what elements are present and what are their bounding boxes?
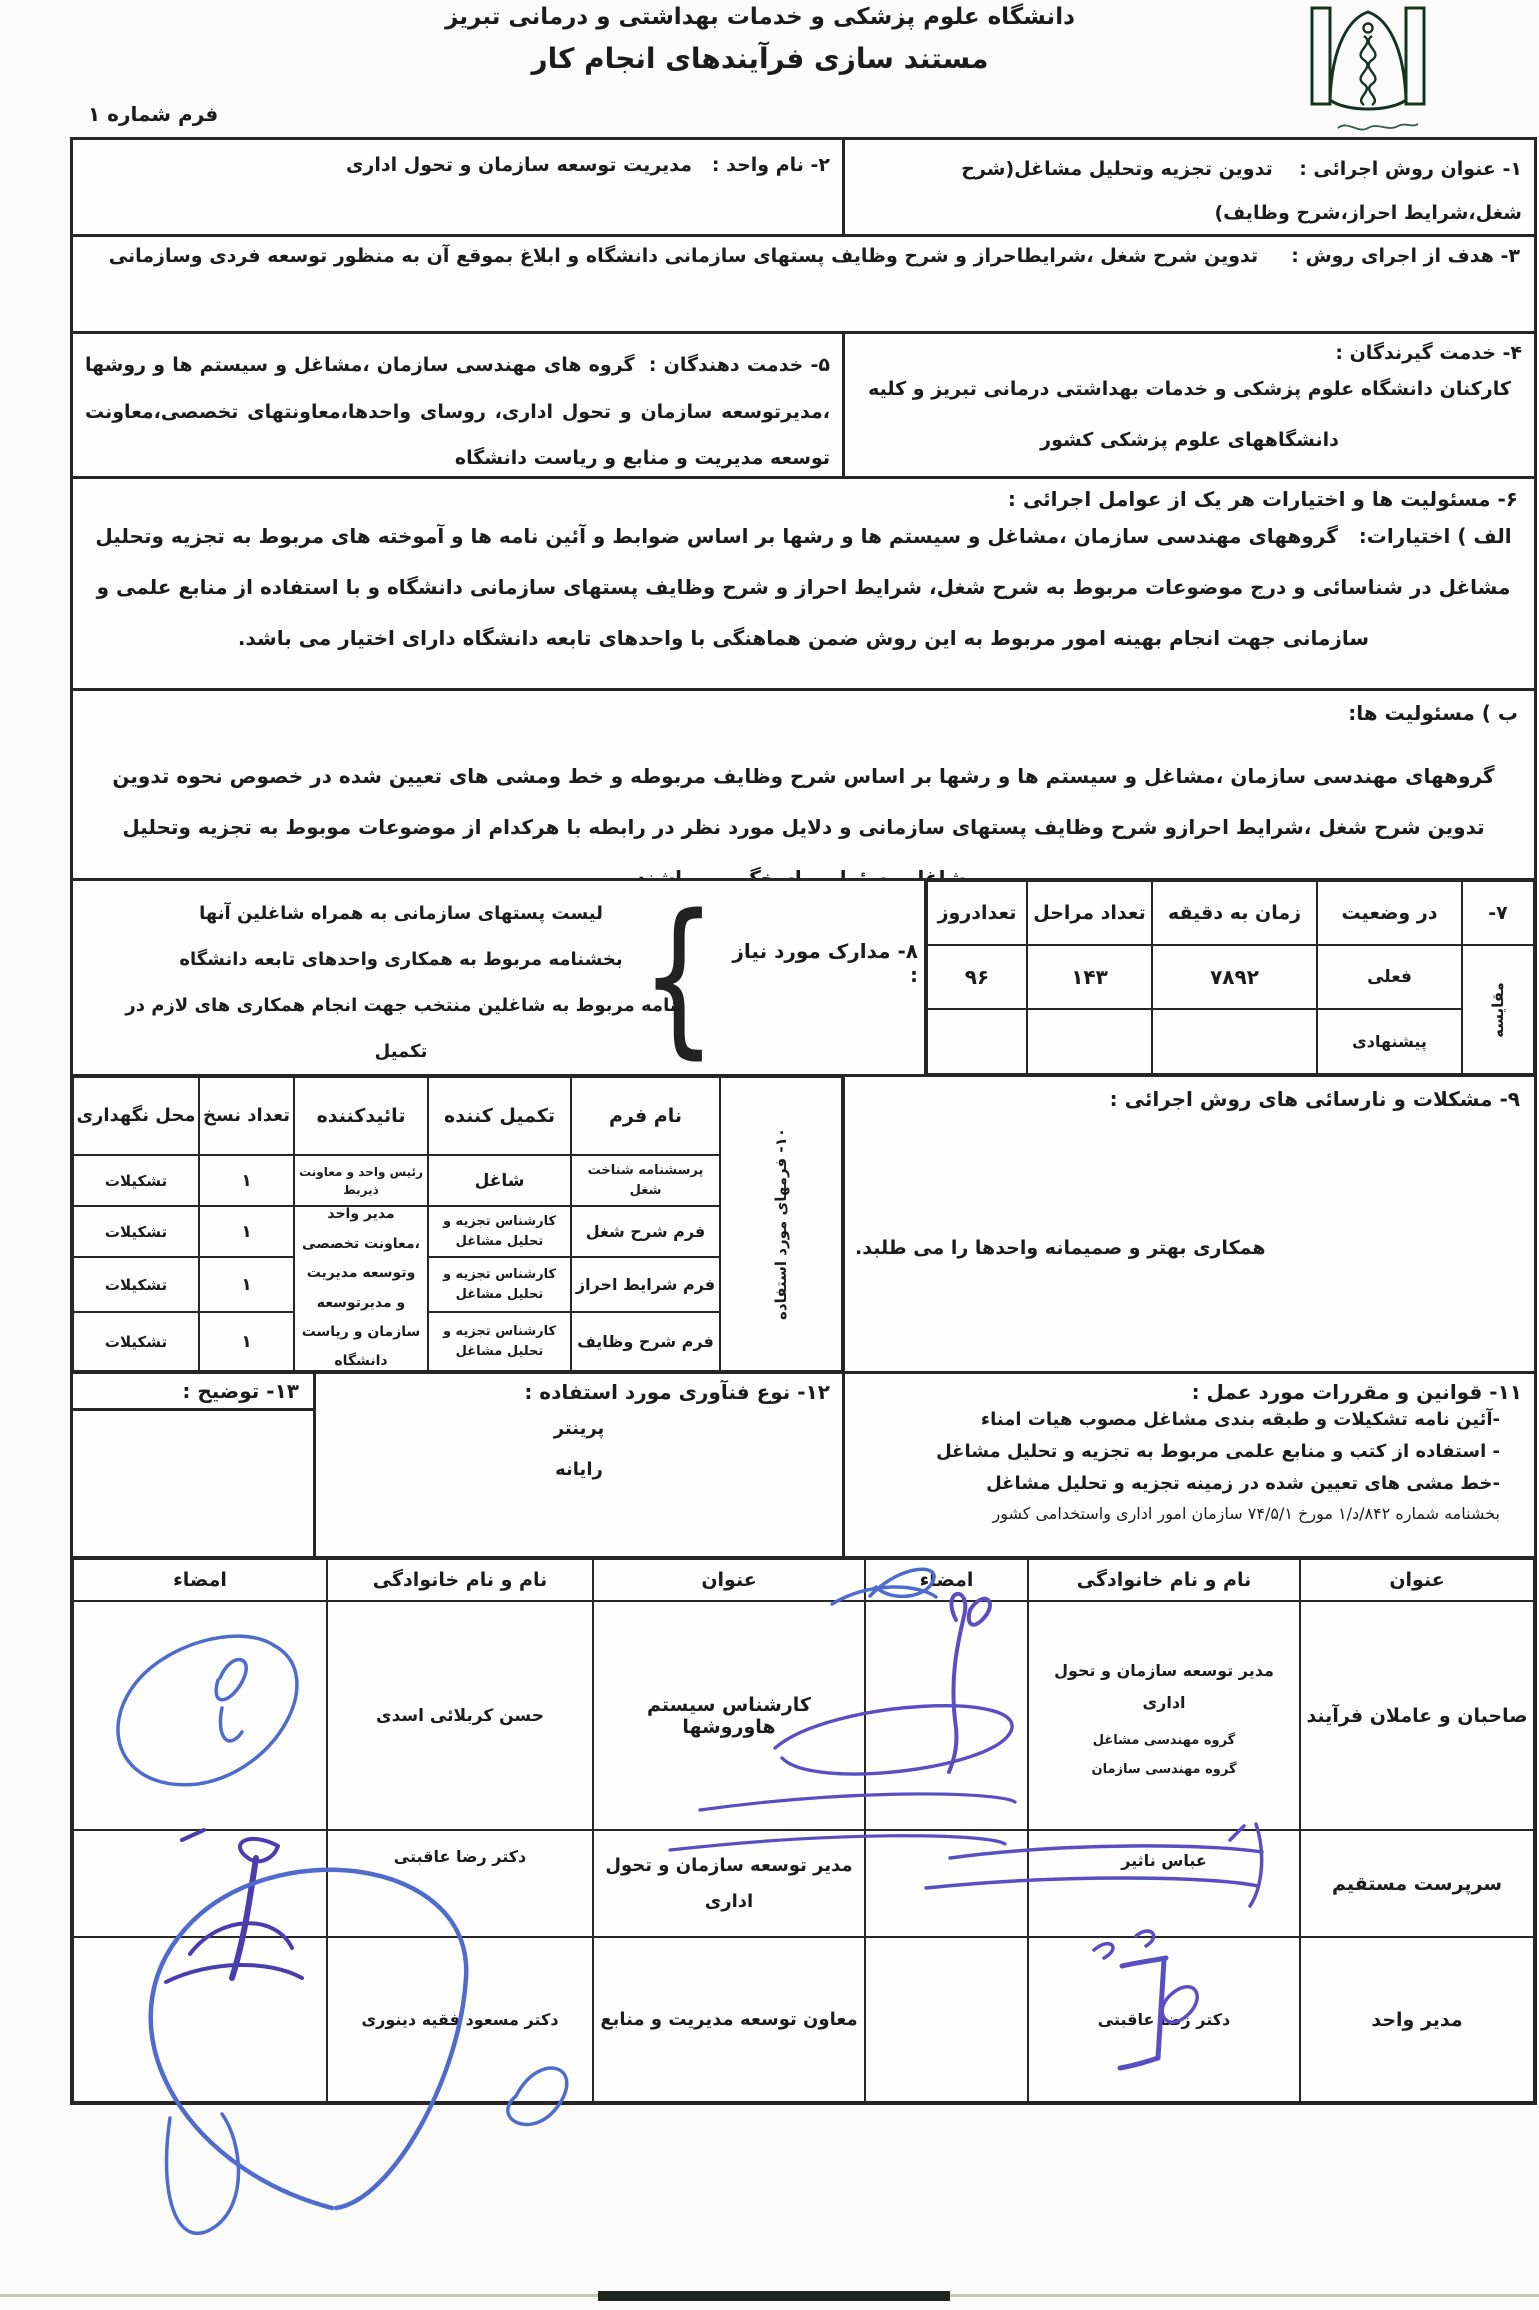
copies-cell: ۱: [199, 1257, 294, 1312]
field-problems: ۹- مشکلات و نارسائی های روش اجرائی : همک…: [842, 1077, 1534, 1371]
goal-value: تدوین شرح شغل ،شرایطاحراز و شرح وظایف پس…: [109, 245, 1258, 267]
field-unit-name: ۲- نام واحد : مدیریت توسعه سازمان و تحول…: [73, 140, 842, 234]
duties-label: ب ) مسئولیت ها:: [89, 701, 1518, 725]
person-subname: گروه مهندسی سازمان: [1092, 1762, 1237, 1777]
col-header-title: عنوان: [593, 1559, 865, 1601]
row-current-label: فعلی: [1317, 945, 1462, 1009]
signature-cell: [73, 1937, 327, 2102]
col-header-storage: محل نگهداری: [73, 1077, 199, 1155]
comparison-number: ۷-: [1462, 881, 1534, 945]
procedure-title-label: ۱- عنوان روش اجرائی :: [1299, 158, 1522, 180]
proposed-days-value: [927, 1009, 1027, 1074]
copies-cell: ۱: [199, 1312, 294, 1371]
approver-merged-cell: مدیر واحد ،معاونت تخصصی وتوسعه مدیریت و …: [294, 1206, 428, 1371]
signature-cell: [865, 1937, 1028, 2102]
forms-side-label: ۱۰- فرمهای مورد استفاده: [720, 1077, 842, 1371]
storage-cell: تشکیلات: [73, 1206, 199, 1257]
col-header-time: زمان به دقیقه: [1152, 881, 1317, 945]
field-notes: ۱۳- توضیح :: [73, 1374, 313, 1556]
field-technology: ۱۲- نوع فنآوری مورد استفاده : پرینتر رای…: [313, 1374, 842, 1556]
authorities-text: گروههای مهندسی سازمان ،مشاغل و سیستم ها …: [95, 524, 1510, 650]
role-title-cell: مدیر توسعه سازمان و تحول اداری: [593, 1830, 865, 1937]
signatures-table: عنوان نام و نام خانوادگی امضاء عنوان نام…: [70, 1556, 1537, 2105]
col-header-signature: امضاء: [865, 1559, 1028, 1601]
col-header-status: در وضعیت: [1317, 881, 1462, 945]
role-title-cell: صاحبان و عاملان فرآیند: [1300, 1601, 1534, 1830]
current-days-value: ۹۶: [927, 945, 1027, 1009]
document-item: نامه مربوط به شاغلین منتخب جهت انجام همک…: [118, 983, 684, 1075]
current-time-value: ۷۸۹۲: [1152, 945, 1317, 1009]
organization-title: دانشگاه علوم پزشکی و خدمات بهداشتی و درم…: [330, 4, 1190, 30]
col-header-copies: تعداد نسخ: [199, 1077, 294, 1155]
col-header-name: نام و نام خانوادگی: [1028, 1559, 1300, 1601]
comparison-side-text: مقایسه: [1489, 982, 1507, 1038]
forms-table: ۱۰- فرمهای مورد استفاده نام فرم تکمیل کن…: [73, 1077, 842, 1371]
row-comparison-documents: ۷- مقایسه در وضعیت زمان به دقیقه تعداد م…: [70, 878, 1537, 1077]
proposed-steps-value: [1027, 1009, 1152, 1074]
person-name-cell: حسن کربلائی اسدی: [327, 1601, 593, 1830]
form-name-cell: فرم شرایط احراز: [571, 1257, 720, 1312]
form-name-cell: فرم شرح شغل: [571, 1206, 720, 1257]
form-number: فرم شماره ۱: [88, 102, 218, 126]
signature-cell: [865, 1601, 1028, 1830]
forms-side-text: ۱۰- فرمهای مورد استفاده: [772, 1128, 790, 1320]
role-title-cell: مدیر واحد: [1300, 1937, 1534, 2102]
problems-value: همکاری بهتر و صمیمانه واحدها را می طلبد.: [855, 1237, 1266, 1259]
goal-label: ۳- هدف از اجرای روش :: [1291, 245, 1520, 267]
role-title-cell: سرپرست مستقیم: [1300, 1830, 1534, 1937]
comparison-table: ۷- مقایسه در وضعیت زمان به دقیقه تعداد م…: [924, 881, 1534, 1074]
person-name-cell: دکتر زضا عاقبتی: [1028, 1937, 1300, 2102]
authorities-paragraph: الف ) اختیارات: گروههای مهندسی سازمان ،م…: [89, 511, 1518, 664]
row-title-unit: ۱- عنوان روش اجرائی : تدوین تجزیه وتحلیل…: [70, 137, 1537, 237]
form-name-cell: پرسشنامه شناخت شغل: [571, 1155, 720, 1206]
approver-cell: رئیس واحد و معاونت ذیربط: [294, 1155, 428, 1206]
unit-name-value: مدیریت توسعه سازمان و تحول اداری: [346, 154, 692, 176]
col-header-name: نام و نام خانوادگی: [327, 1559, 593, 1601]
copies-cell: ۱: [199, 1206, 294, 1257]
field-rules: ۱۱- قوانین و مقررات مورد عمل : -آئین نام…: [842, 1374, 1534, 1556]
col-header-form-name: نام فرم: [571, 1077, 720, 1155]
form-name-cell: فرم شرح وظایف: [571, 1312, 720, 1371]
filler-cell: کارشناس تجزیه و تحلیل مشاغل: [428, 1206, 571, 1257]
filler-cell: کارشناس تجزیه و تحلیل مشاغل: [428, 1257, 571, 1312]
row-proposed-label: پیشنهادی: [1317, 1009, 1462, 1074]
unit-name-label: ۲- نام واحد :: [712, 154, 830, 176]
filler-cell: شاغل: [428, 1155, 571, 1206]
authorities-label: الف ) اختیارات:: [1359, 524, 1512, 548]
proposed-time-value: [1152, 1009, 1317, 1074]
person-name-cell: دکتر مسعود فقیه دینوری: [327, 1937, 593, 2102]
technology-label: ۱۲- نوع فنآوری مورد استفاده :: [328, 1380, 830, 1404]
problems-label: ۹- مشکلات و نارسائی های روش اجرائی :: [859, 1087, 1520, 1111]
technology-item: رایانه: [328, 1449, 830, 1490]
page-title: مستند سازی فرآیندهای انجام کار: [330, 42, 1190, 75]
storage-cell: تشکیلات: [73, 1155, 199, 1206]
rule-item: -آئین نامه تشکیلات و طبقه بندی مشاغل مصو…: [857, 1404, 1500, 1436]
col-header-filler: تکمیل کننده: [428, 1077, 571, 1155]
field-procedure-title: ۱- عنوان روش اجرائی : تدوین تجزیه وتحلیل…: [842, 140, 1534, 234]
storage-cell: تشکیلات: [73, 1312, 199, 1371]
field-duties: ب ) مسئولیت ها: گروههای مهندسی سازمان ،م…: [70, 688, 1537, 881]
field-goal: ۳- هدف از اجرای روش : تدوین شرح شغل ،شرا…: [70, 234, 1537, 334]
scanned-form-page: دانشگاه علوم پزشکی و خدمات بهداشتی و درم…: [0, 0, 1539, 2310]
row-rules-technology-notes: ۱۱- قوانین و مقررات مورد عمل : -آئین نام…: [70, 1371, 1537, 1559]
responsibilities-label: ۶- مسئولیت ها و اختیارات هر یک از عوامل …: [89, 487, 1518, 511]
technology-item: پرینتر: [328, 1408, 830, 1449]
filler-cell: کارشناس تجزیه و تحلیل مشاغل: [428, 1312, 571, 1371]
role-title-cell: معاون توسعه مدیریت و منابع: [593, 1937, 865, 2102]
person-name: مدیر توسعه سازمان و تحول اداری: [1033, 1655, 1295, 1719]
person-name-cell: دکتر رضا عاقبتی: [327, 1830, 593, 1937]
signature-cell: [865, 1830, 1028, 1937]
rules-label: ۱۱- قوانین و مقررات مورد عمل :: [857, 1380, 1522, 1404]
copies-cell: ۱: [199, 1155, 294, 1206]
documents-label: ۸- مدارک مورد نیاز :: [728, 939, 918, 987]
scan-edge-dark-segment: [598, 2291, 950, 2301]
role-title-cell: کارشناس سیستم هاوروشها: [593, 1601, 865, 1830]
receivers-label: ۴- خدمت گیرندگان :: [857, 342, 1522, 364]
field-service-receivers: ۴- خدمت گیرندگان : کارکنان دانشگاه علوم …: [842, 334, 1534, 476]
providers-label: ۵- خدمت دهندگان :: [649, 354, 830, 376]
current-steps-value: ۱۴۳: [1027, 945, 1152, 1009]
signature-cell: [73, 1830, 327, 1937]
col-header-signature: امضاء: [73, 1559, 327, 1601]
comparison-side-label: مقایسه: [1462, 945, 1534, 1074]
signature-cell: [73, 1601, 327, 1830]
person-subname: گروه مهندسی مشاغل: [1093, 1733, 1235, 1748]
col-header-title: عنوان: [1300, 1559, 1534, 1601]
col-header-steps: تعداد مراحل: [1027, 881, 1152, 945]
row-receivers-providers: ۴- خدمت گیرندگان : کارکنان دانشگاه علوم …: [70, 331, 1537, 479]
rule-item: - استفاده از کتب و منابع علمی مربوط به ت…: [857, 1436, 1500, 1468]
rule-item: بخشنامه شماره ۸۴۲/د/۱ مورخ ۷۴/۵/۱ سازمان…: [857, 1500, 1500, 1528]
person-name-cell: مدیر توسعه سازمان و تحول اداری گروه مهند…: [1028, 1601, 1300, 1830]
notes-label: ۱۳- توضیح :: [73, 1374, 313, 1411]
storage-cell: تشکیلات: [73, 1257, 199, 1312]
col-header-days: تعدادروز: [927, 881, 1027, 945]
field-service-providers: ۵- خدمت دهندگان : گروه های مهندسی سازمان…: [73, 334, 842, 476]
receivers-value: کارکنان دانشگاه علوم پزشکی و خدمات بهداش…: [857, 364, 1522, 467]
field-responsibilities: ۶- مسئولیت ها و اختیارات هر یک از عوامل …: [70, 476, 1537, 691]
document-item: لیست پستهای سازمانی به همراه شاغلین آنها: [118, 891, 684, 937]
rule-item: -خط مشی های تعیین شده در زمینه تجزیه و ت…: [857, 1468, 1500, 1500]
col-header-approver: تائیدکننده: [294, 1077, 428, 1155]
person-name-cell: عباس ناثیر: [1028, 1830, 1300, 1937]
row-problems-forms: ۹- مشکلات و نارسائی های روش اجرائی : همک…: [70, 1074, 1537, 1374]
document-item: بخشنامه مربوط به همکاری واحدهای تابعه دا…: [118, 937, 684, 983]
